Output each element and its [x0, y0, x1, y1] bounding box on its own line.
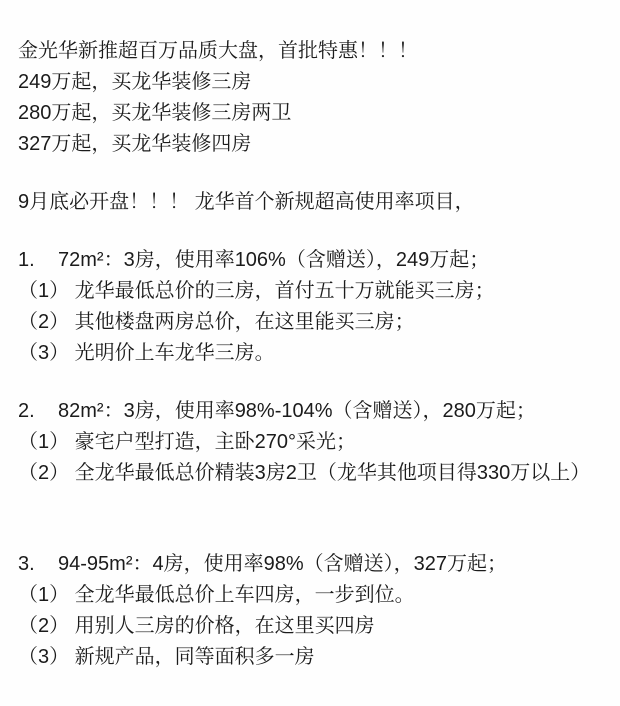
- section-3-heading-text: 94-95m²：4房，使用率98%（含赠送），327万起；: [58, 553, 507, 575]
- section-3-heading: 3.94-95m²：4房，使用率98%（含赠送），327万起；: [18, 549, 606, 580]
- announcement-line: 9月底必开盘！！！ 龙华首个新规超高使用率项目，: [18, 187, 606, 218]
- section-1-point-2: （2） 其他楼盘两房总价，在这里能买三房；: [18, 307, 606, 338]
- section-1-number: 1.: [18, 245, 58, 276]
- section-2: 2.82m²：3房，使用率98%-104%（含赠送），280万起； （1） 豪宅…: [18, 396, 606, 489]
- section-2-number: 2.: [18, 396, 58, 427]
- section-1-heading: 1.72m²：3房，使用率106%（含赠送），249万起；: [18, 245, 606, 276]
- intro-price-line-2: 280万起，买龙华装修三房两卫: [18, 98, 606, 129]
- section-2-heading-text: 82m²：3房，使用率98%-104%（含赠送），280万起；: [58, 400, 536, 422]
- intro-price-line-3: 327万起，买龙华装修四房: [18, 129, 606, 160]
- section-2-heading: 2.82m²：3房，使用率98%-104%（含赠送），280万起；: [18, 396, 606, 427]
- section-3: 3.94-95m²：4房，使用率98%（含赠送），327万起； （1） 全龙华最…: [18, 549, 606, 673]
- section-1-point-1: （1） 龙华最低总价的三房，首付五十万就能买三房；: [18, 276, 606, 307]
- section-3-point-2: （2） 用别人三房的价格，在这里买四房: [18, 611, 606, 642]
- section-3-point-3: （3） 新规产品，同等面积多一房: [18, 642, 606, 673]
- section-2-point-1: （1） 豪宅户型打造，主卧270°采光；: [18, 427, 606, 458]
- section-3-point-1: （1） 全龙华最低总价上车四房，一步到位。: [18, 580, 606, 611]
- section-2-point-2: （2） 全龙华最低总价精装3房2卫（龙华其他项目得330万以上）: [18, 458, 606, 489]
- intro-title: 金光华新推超百万品质大盘，首批特惠！！！: [18, 36, 606, 67]
- section-1: 1.72m²：3房，使用率106%（含赠送），249万起； （1） 龙华最低总价…: [18, 245, 606, 369]
- flyer-document: 金光华新推超百万品质大盘，首批特惠！！！ 249万起，买龙华装修三房 280万起…: [0, 0, 620, 673]
- section-1-point-3: （3） 光明价上车龙华三房。: [18, 338, 606, 369]
- section-1-heading-text: 72m²：3房，使用率106%（含赠送），249万起；: [58, 249, 489, 271]
- intro-price-line-1: 249万起，买龙华装修三房: [18, 67, 606, 98]
- section-3-number: 3.: [18, 549, 58, 580]
